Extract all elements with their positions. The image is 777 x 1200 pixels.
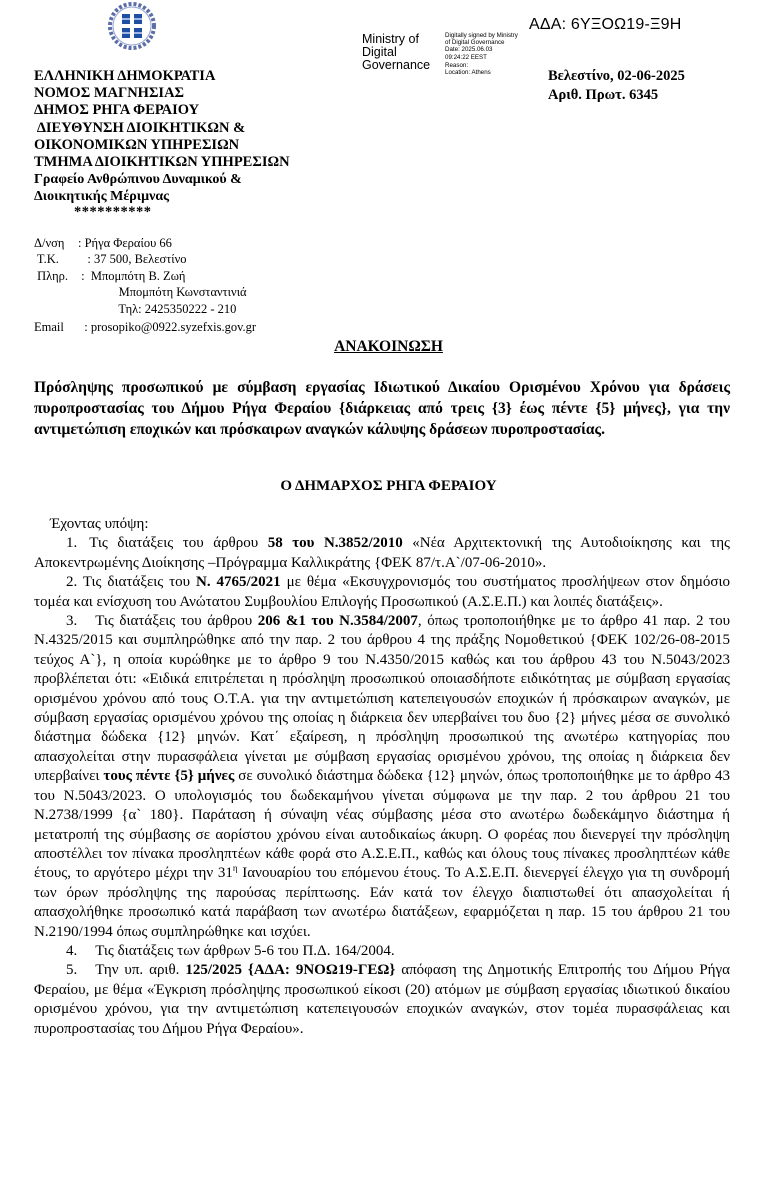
mayor-heading: Ο ΔΗΜΑΡΧΟΣ ΡΗΓΑ ΦΕΡΑΙΟΥ (0, 478, 777, 495)
contact-row-email: Email : prosopiko@0922.syzefxis.gov.gr (34, 319, 256, 335)
document-title: ΑΝΑΚΟΙΝΩΣΗ (0, 338, 777, 356)
greek-coat-of-arms-icon (108, 2, 156, 50)
date-protocol-block: Βελεστίνο, 02-06-2025 Αριθ. Πρωτ. 6345 (548, 67, 685, 105)
document-date: Βελεστίνο, 02-06-2025 (548, 67, 685, 86)
contact-row-address: Δ/νση: Ρήγα Φεραίου 66 (34, 235, 256, 251)
contact-row-postal: Τ.Κ. : 37 500, Βελεστίνο (34, 251, 256, 267)
separator-stars: ********** (34, 206, 290, 218)
contact-row-name: Μπομπότη Κωνσταντινιά (34, 284, 256, 300)
list-item: 5.Την υπ. αριθ. 125/2025 {ΑΔΑ: 9ΝΟΩ19-ΓΕ… (34, 961, 730, 1039)
contact-row-info: Πληρ. : Μπομπότη Β. Ζωή (34, 268, 256, 284)
intro-line: Έχοντας υπόψη: (34, 515, 730, 534)
digital-signature: Ministry of Digital Governance Digitally… (362, 33, 535, 76)
letterhead: ΕΛΛΗΝΙΚΗ ΔΗΜΟΚΡΑΤΙΑ ΝΟΜΟΣ ΜΑΓΝΗΣΙΑΣ ΔΗΜΟ… (34, 68, 290, 218)
list-item: 3.Τις διατάξεις του άρθρου 206 &1 του Ν.… (34, 612, 730, 942)
document-body: Έχοντας υπόψη: 1.Τις διατάξεις του άρθρο… (34, 515, 730, 1039)
signature-metadata: Digitally signed by Ministry of Digital … (445, 32, 535, 76)
list-item: 2. Τις διατάξεις του Ν. 4765/2021 με θέμ… (34, 573, 730, 612)
contact-row-phone: Τηλ: 2425350222 - 210 (34, 301, 256, 317)
email-link[interactable]: : prosopiko@0922.syzefxis.gov.gr (78, 319, 256, 335)
list-item: 4.Τις διατάξεις των άρθρων 5-6 του Π.Δ. … (34, 942, 730, 961)
protocol-number: Αριθ. Πρωτ. 6345 (548, 86, 685, 105)
signature-organization: Ministry of Digital Governance (362, 33, 442, 72)
contact-info: Δ/νση: Ρήγα Φεραίου 66 Τ.Κ. : 37 500, Βε… (34, 235, 256, 335)
ada-code: ΑΔΑ: 6ΥΞΟΩ19-Ξ9Η (529, 16, 681, 34)
list-item: 1.Τις διατάξεις του άρθρου 58 του Ν.3852… (34, 534, 730, 573)
document-subject: Πρόσληψης προσωπικού με σύμβαση εργασίας… (34, 377, 730, 440)
